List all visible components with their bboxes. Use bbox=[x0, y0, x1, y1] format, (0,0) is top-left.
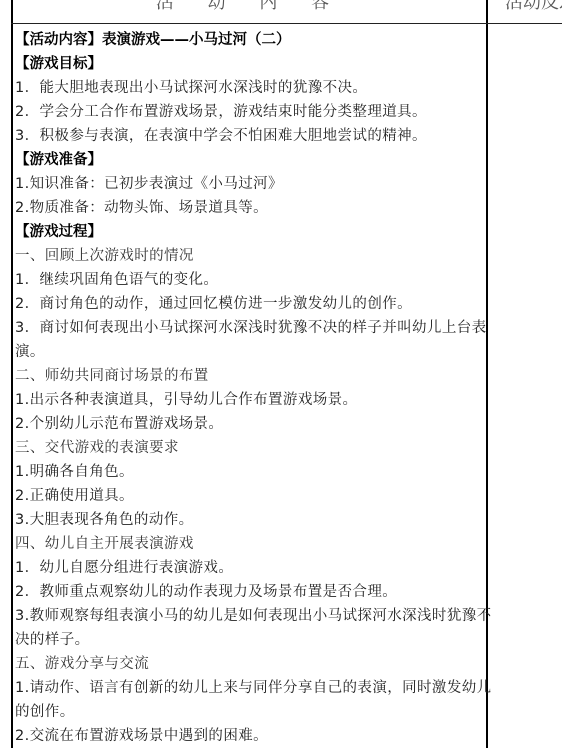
process-item: 2．教师重点观察幼儿的动作表现力及场景布置是否合理。 bbox=[15, 580, 485, 604]
process-step-heading: 二、师幼共同商讨场景的布置 bbox=[15, 364, 485, 388]
activity-content-cell: 【活动内容】表演游戏——小马过河（二） 【游戏目标】 1．能大胆地表现出小马试探… bbox=[15, 28, 485, 748]
process-step-heading: 三、交代游戏的表演要求 bbox=[15, 436, 485, 460]
process-step-heading: 五、游戏分享与交流 bbox=[15, 652, 485, 676]
process-item: 1．幼儿自愿分组进行表演游戏。 bbox=[15, 556, 485, 580]
process-item: 3.大胆表现各角色的动作。 bbox=[15, 508, 485, 532]
lesson-plan-page: 活 动 内 容 活动反思 【活动内容】表演游戏——小马过河（二） 【游戏目标】 … bbox=[0, 0, 562, 748]
process-item: 3.教师观察每组表演小马的幼儿是如何表现出小马试探河水深浅时犹豫不 bbox=[15, 604, 485, 628]
activity-reflection-cell bbox=[488, 24, 562, 748]
preparation-item: 1.知识准备：已初步表演过《小马过河》 bbox=[15, 172, 485, 196]
process-item: 1.请动作、语言有创新的幼儿上来与同伴分享自己的表演，同时激发幼儿 bbox=[15, 676, 485, 700]
process-item-continued: 演。 bbox=[15, 340, 485, 364]
process-step-heading: 四、幼儿自主开展表演游戏 bbox=[15, 532, 485, 556]
goal-item: 3．积极参与表演，在表演中学会不怕困难大胆地尝试的精神。 bbox=[15, 124, 485, 148]
section-heading-preparation: 【游戏准备】 bbox=[15, 148, 485, 172]
process-item: 2.正确使用道具。 bbox=[15, 484, 485, 508]
process-item: 1.出示各种表演道具，引导幼儿合作布置游戏场景。 bbox=[15, 388, 485, 412]
process-item: 2.个别幼儿示范布置游戏场景。 bbox=[15, 412, 485, 436]
goal-item: 2．学会分工合作布置游戏场景，游戏结束时能分类整理道具。 bbox=[15, 100, 485, 124]
process-item: 1．继续巩固角色语气的变化。 bbox=[15, 268, 485, 292]
section-heading-goals: 【游戏目标】 bbox=[15, 52, 485, 76]
section-heading-process: 【游戏过程】 bbox=[15, 220, 485, 244]
process-item: 1.明确各自角色。 bbox=[15, 460, 485, 484]
preparation-item: 2.物质准备：动物头饰、场景道具等。 bbox=[15, 196, 485, 220]
process-item: 3．商讨如何表现出小马试探河水深浅时犹豫不决的样子并叫幼儿上台表 bbox=[15, 316, 485, 340]
table-left-border bbox=[11, 0, 13, 748]
process-item-continued: 的创作。 bbox=[15, 700, 485, 724]
process-item: 2．商讨角色的动作，通过回忆模仿进一步激发幼儿的创作。 bbox=[15, 292, 485, 316]
activity-title: 【活动内容】表演游戏——小马过河（二） bbox=[15, 28, 485, 52]
process-item-continued: 决的样子。 bbox=[15, 628, 485, 652]
table-header-divider bbox=[11, 23, 562, 24]
process-item: 2.交流在布置游戏场景中遇到的困难。 bbox=[15, 724, 485, 748]
column-header-activity-reflection: 活动反思 bbox=[505, 0, 562, 15]
column-header-activity-content: 活 动 内 容 bbox=[13, 0, 486, 15]
process-step-heading: 一、回顾上次游戏时的情况 bbox=[15, 244, 485, 268]
goal-item: 1．能大胆地表现出小马试探河水深浅时的犹豫不决。 bbox=[15, 76, 485, 100]
